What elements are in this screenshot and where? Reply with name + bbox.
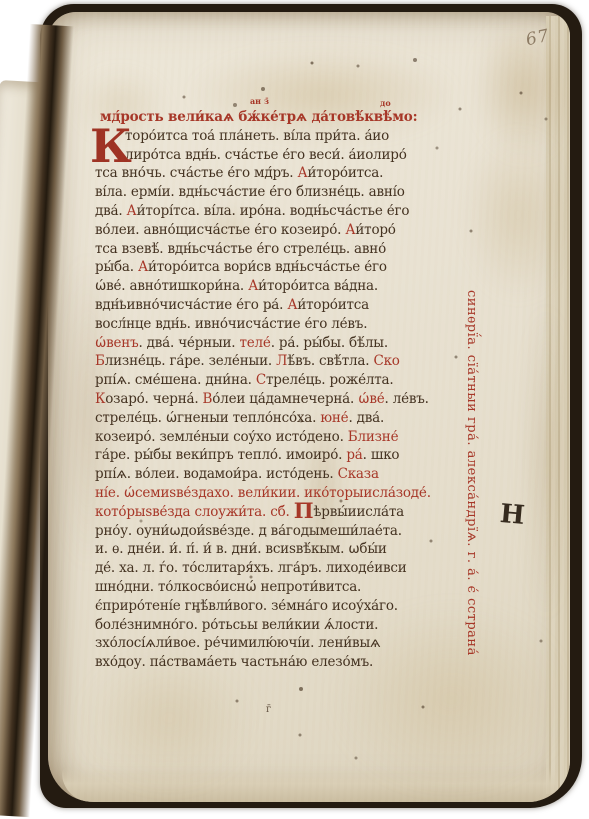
text-line: Козаро́. черна́. Во́леи ца́дамнечерна́. … [95, 390, 487, 409]
text-segment: о́леи ца́дамнечерна́. [212, 391, 358, 407]
text-segment: стреле́ць. ѡ́гненыи тепло́нсо́ха. [95, 410, 320, 426]
text-segment: ѣрвы́иисла́та [313, 504, 404, 520]
text-line: га́ре. ры́бы веки́пръ тепло́. имоиро́. р… [95, 446, 487, 465]
text-line: ѡ́венъ. два́. че́рныи. теле́. ра́. ры́бы… [95, 334, 487, 353]
text-segment: рпі́ѧ. во́леи. водамои́ра. исто́день. [95, 466, 338, 482]
text-line: ні́е. ѡ́семиѕве́здахо. вели́кии. ико́тор… [95, 484, 487, 503]
text-segment: В [203, 391, 213, 407]
text-segment: . ра́. ры́бы. бѣ́лы. [271, 335, 388, 351]
text-line: восл́нце вдн́ь. ивно́чисча́стие е́го ле́… [95, 315, 487, 334]
text-segment: мд́рость вели́каѧ бж́ке́трѧ да́товѣ́квѣ́… [100, 109, 417, 125]
text-segment: ры́ба. [95, 259, 138, 275]
text-segment: рпі́ѧ. сме́шена. дни́на. [95, 372, 256, 388]
text-segment: Ско [373, 353, 399, 369]
text-segment: восл́нце вдн́ь. ивно́чисча́стие е́го ле́… [95, 316, 367, 332]
text-line: ві́ла. ермі́и. вдн́ьсча́стие е́го близне… [95, 183, 487, 202]
text-line: кото́рыѕве́зда слоужи́та. сб́. Пѣрвы́иис… [95, 503, 487, 522]
text-segment: ѡ́венъ [95, 335, 138, 351]
heading-superscript: ан з̄ [250, 96, 269, 106]
text-segment: лиро́тса вдн́ь. сча́стье е́го веси́. а́и… [125, 147, 407, 163]
text-segment: и́торо́ [355, 222, 395, 238]
text-line: рно́у. оуни́ѡдои́ѕве́зде. д ва́годымеши́… [95, 522, 487, 541]
text-line: два́. Аи́торі́тса. ві́ла. иро́на. водн́ь… [95, 202, 487, 221]
text-line: стреле́ць. ѡ́гненыи тепло́нсо́ха. юне́. … [95, 409, 487, 428]
text-line: лиро́тса вдн́ь. сча́стье е́го веси́. а́и… [95, 146, 487, 165]
drop-cap-initial: К [90, 126, 132, 166]
text-segment: торо́итса тоа́ пла́неть. ві́ла при́та. а… [125, 128, 389, 144]
text-line: рпі́ѧ. сме́шена. дни́на. Стреле́ць. роже… [95, 371, 487, 390]
text-line: во́леи. авно́щисча́стье е́го козеиро́. А… [95, 221, 487, 240]
text-line: тса взевѣ́. вдн́ьсча́стье е́го стреле́ць… [95, 240, 487, 259]
text-segment: ѡ́ве́ [358, 391, 384, 407]
text-segment: вхо́доу. па́ствама́еть частьна́ю елезо́м… [95, 654, 373, 670]
text-segment: боле́знимно́го. ро́тьсьы вели́кии ѧ́лост… [95, 617, 378, 633]
text-segment: теле́ [240, 335, 271, 351]
text-segment: А [248, 278, 258, 294]
text-segment: А [127, 203, 137, 219]
text-segment: Б [95, 353, 105, 369]
text-segment: козеиро́. земле́ныи соу́хо исто́дено. [95, 429, 348, 445]
text-segment: во́леи. авно́щисча́стье е́го козеиро́. [95, 222, 345, 238]
text-segment: А [345, 222, 355, 238]
margin-monogram: Н [499, 499, 526, 531]
text-line: ѡ́ве́. авно́тишкори́на. Аи́торо́итса ва́… [95, 277, 487, 296]
text-line: шно́дни. то́лкосво́иснѡ́ непроти́витса. [95, 578, 487, 597]
quire-mark: г̄ [266, 704, 271, 715]
text-segment: треле́ць. роже́лта. [266, 372, 393, 388]
text-line: вхо́доу. па́ствама́еть частьна́ю елезо́м… [95, 653, 487, 672]
text-segment: Л [276, 353, 287, 369]
text-line: мд́рость вели́каѧ бж́ке́трѧ да́товѣ́квѣ́… [95, 108, 487, 127]
page-bottom-edge [62, 768, 558, 802]
text-line: вдн́ьивно́чисча́стие е́го ра́. Аи́торо́и… [95, 296, 487, 315]
text-line: торо́итса тоа́ пла́неть. ві́ла при́та. а… [95, 127, 487, 146]
text-segment: шно́дни. то́лкосво́иснѡ́ непроти́витса. [95, 579, 361, 595]
text-segment: Близне́ [348, 429, 399, 445]
text-segment: ра́ [346, 447, 362, 463]
text-segment: де́. ха. л. ѓо. то́слитаря́хъ. лга́ръ. л… [95, 560, 407, 576]
text-segment: ві́ла. ермі́и. вдн́ьсча́стие е́го близне… [95, 184, 405, 200]
text-segment: А [297, 165, 307, 181]
text-line: зхо́лосі́ѧли́вое. ре́чимилю́ючі́и. лени́… [95, 634, 487, 653]
text-segment: С [256, 372, 266, 388]
page-stack-edge [546, 16, 570, 794]
text-segment: юне́ [320, 410, 348, 426]
heading-superscript: до [380, 98, 391, 108]
text-segment: и́торо́итса вори́св вдн́ьсча́стье е́го [148, 259, 387, 275]
text-segment: ѡ́ве́. авно́тишкори́на. [95, 278, 248, 294]
text-segment: лизне́ць. га́ре. зеле́ныи. [105, 353, 276, 369]
text-segment: . два́. [348, 410, 384, 426]
text-line: козеиро́. земле́ныи соу́хо исто́дено. Бл… [95, 428, 487, 447]
manuscript-page: 67 мд́рость вели́каѧ бж́ке́трѧ да́товѣ́к… [48, 12, 570, 802]
text-segment: озаро́. черна́. [105, 391, 202, 407]
text-segment: и́торо́итса ва́дна. [258, 278, 378, 294]
text-segment: и́торі́тса. ві́ла. иро́на. водн́ьсча́сть… [137, 203, 410, 219]
text-line: ры́ба. Аи́торо́итса вори́св вдн́ьсча́сть… [95, 258, 487, 277]
text-segment: П [294, 498, 314, 523]
text-segment: и́торо́итса. [308, 165, 384, 181]
text-line: тса вно́чь. сча́стье е́го мд́ръ. Аи́торо… [95, 164, 487, 183]
text-segment: тса взевѣ́. вдн́ьсча́стье е́го стреле́ць… [95, 241, 386, 257]
text-segment: . ле́въ. [385, 391, 429, 407]
text-line: Близне́ць. га́ре. зеле́ныи. Лѣ́въ. свѣ́т… [95, 352, 487, 371]
text-block: мд́рость вели́каѧ бж́ке́трѧ да́товѣ́квѣ́… [95, 108, 487, 672]
manuscript-photo: 67 мд́рость вели́каѧ бж́ке́трѧ да́товѣ́к… [0, 0, 589, 819]
text-segment: га́ре. ры́бы веки́пръ тепло́. имоиро́. [95, 447, 346, 463]
text-segment: рно́у. оуни́ѡдои́ѕве́зде. д ва́годымеши́… [95, 523, 402, 539]
text-segment: Сказа [338, 466, 379, 482]
text-line: є́приро́тені́е гнѣ́вли́вого. зе́мна́го и… [95, 597, 487, 616]
text-segment: . шко [363, 447, 400, 463]
text-segment: А [287, 297, 297, 313]
text-segment: є́приро́тені́е гнѣ́вли́вого. зе́мна́го и… [95, 598, 398, 614]
text-segment: два́. [95, 203, 127, 219]
text-segment: К [95, 391, 105, 407]
text-segment: и. ѳ. дне́и. и́. п́. и́ в. дни́. всиѕвѣ́… [95, 541, 387, 557]
text-segment: ѣ́въ. свѣ́тла. [287, 353, 373, 369]
text-line: де́. ха. л. ѓо. то́слитаря́хъ. лга́ръ. л… [95, 559, 487, 578]
text-segment: вдн́ьивно́чисча́стие е́го ра́. [95, 297, 287, 313]
text-line: боле́знимно́го. ро́тьсьы вели́кии ѧ́лост… [95, 616, 487, 635]
text-segment: зхо́лосі́ѧли́вое. ре́чимилю́ючі́и. лени́… [95, 635, 380, 651]
text-segment: ні́е. ѡ́семиѕве́здахо. вели́кии. ико́тор… [95, 485, 431, 501]
margin-note-red: синѳрї́а. сїа́тныи гра́. алекса́ндрїѧ. г… [464, 290, 478, 656]
text-line: и. ѳ. дне́и. и́. п́. и́ в. дни́. всиѕвѣ́… [95, 540, 487, 559]
text-segment: . два́. че́рныи. [138, 335, 239, 351]
ink-specks [48, 12, 50, 14]
text-segment: кото́рыѕве́зда слоужи́та. сб́. [95, 504, 294, 520]
text-line: рпі́ѧ. во́леи. водамои́ра. исто́день. Ск… [95, 465, 487, 484]
text-segment: и́торо́итса [297, 297, 369, 313]
text-segment: А [138, 259, 148, 275]
